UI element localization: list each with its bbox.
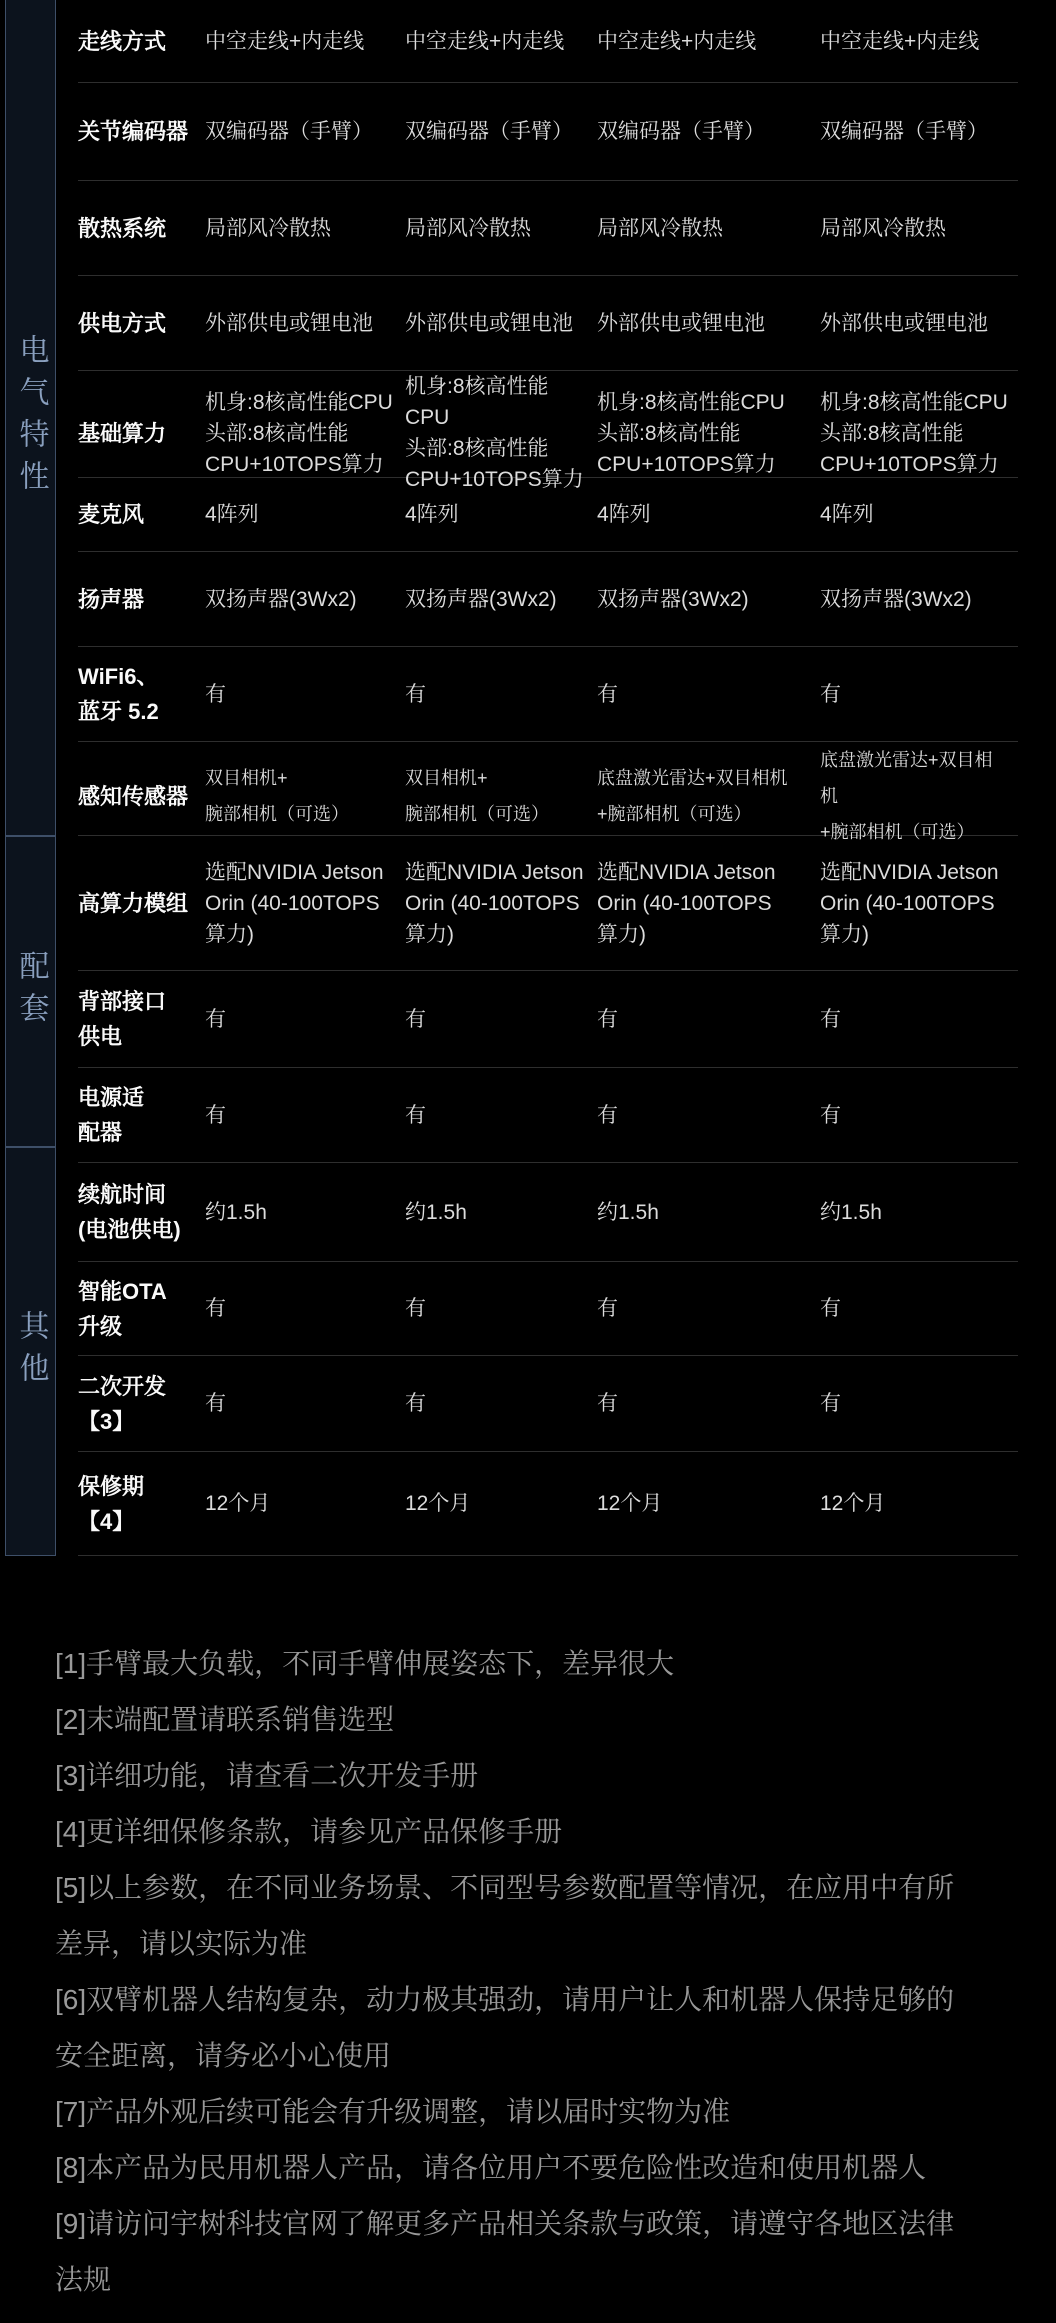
spec-value: 有	[405, 1293, 597, 1324]
spec-value: 12个月	[405, 1488, 597, 1519]
footnote-line: [2]末端配置请联系销售选型	[55, 1690, 1035, 1746]
spec-value: 有	[820, 679, 1018, 710]
spec-value: 4阵列	[597, 499, 820, 530]
spec-value: 有	[405, 1388, 597, 1419]
spec-row-label: 走线方式	[78, 24, 205, 59]
spec-row: 关节编码器双编码器（手臂）双编码器（手臂）双编码器（手臂）双编码器（手臂）	[78, 83, 1018, 181]
spec-row: 扬声器双扬声器(3Wx2)双扬声器(3Wx2)双扬声器(3Wx2)双扬声器(3W…	[78, 552, 1018, 647]
spec-value: 中空走线+内走线	[597, 26, 820, 57]
spec-value: 4阵列	[820, 499, 1018, 530]
spec-row-label: 二次开发 【3】	[78, 1369, 205, 1439]
footnote-line: [4]更详细保修条款，请参见产品保修手册	[55, 1802, 1035, 1858]
spec-value: 双编码器（手臂）	[405, 116, 597, 147]
spec-row: 智能OTA 升级有有有有	[78, 1262, 1018, 1356]
spec-row: 走线方式中空走线+内走线中空走线+内走线中空走线+内走线中空走线+内走线	[78, 0, 1018, 83]
spec-value: 12个月	[205, 1488, 405, 1519]
spec-row-label: 高算力模组	[78, 886, 205, 921]
spec-value: 局部风冷散热	[820, 213, 1018, 244]
spec-value: 有	[597, 679, 820, 710]
spec-value: 双编码器（手臂）	[205, 116, 405, 147]
spec-value: 中空走线+内走线	[205, 26, 405, 57]
spec-value: 选配NVIDIA Jetson Orin (40-100TOPS 算力)	[405, 857, 597, 950]
spec-value: 有	[205, 1100, 405, 1131]
spec-row-label: 散热系统	[78, 211, 205, 246]
spec-value: 有	[820, 1388, 1018, 1419]
spec-row-label: 智能OTA 升级	[78, 1274, 205, 1344]
spec-row-label: 扬声器	[78, 582, 205, 617]
spec-value: 有	[597, 1100, 820, 1131]
spec-value: 双扬声器(3Wx2)	[205, 584, 405, 615]
spec-value: 局部风冷散热	[597, 213, 820, 244]
spec-value: 局部风冷散热	[405, 213, 597, 244]
category-sidebar: 电气特性配套其他	[5, 0, 56, 1556]
spec-value: 双目相机+ 腕部相机（可选）	[205, 760, 405, 832]
sidebar-section-label: 配套	[16, 950, 46, 1034]
spec-value: 约1.5h	[820, 1197, 1018, 1228]
sidebar-section-electrical: 电气特性	[5, 0, 56, 836]
footnotes: [1]手臂最大负载，不同手臂伸展姿态下，差异很大[2]末端配置请联系销售选型[3…	[55, 1634, 1035, 2306]
spec-row: 二次开发 【3】有有有有	[78, 1356, 1018, 1452]
spec-row-label: 保修期 【4】	[78, 1469, 205, 1539]
sidebar-section-label: 其他	[16, 1310, 46, 1394]
spec-value: 双扬声器(3Wx2)	[820, 584, 1018, 615]
spec-value: 12个月	[597, 1488, 820, 1519]
spec-value: 有	[205, 1388, 405, 1419]
footnote-line: 安全距离，请务必小心使用	[55, 2026, 1035, 2082]
spec-row-label: 感知传感器	[78, 779, 205, 814]
footnote-line: 差异，请以实际为准	[55, 1914, 1035, 1970]
spec-value: 有	[820, 1100, 1018, 1131]
spec-value: 有	[405, 679, 597, 710]
spec-value: 中空走线+内走线	[405, 26, 597, 57]
spec-value: 有	[597, 1293, 820, 1324]
spec-row: 电源适 配器有有有有	[78, 1068, 1018, 1163]
spec-row: 续航时间 (电池供电)约1.5h约1.5h约1.5h约1.5h	[78, 1163, 1018, 1262]
spec-value: 双目相机+ 腕部相机（可选）	[405, 760, 597, 832]
spec-value: 有	[205, 1004, 405, 1035]
sidebar-section-other: 其他	[5, 1147, 56, 1556]
spec-value: 约1.5h	[405, 1197, 597, 1228]
sidebar-section-label: 电气特性	[16, 334, 46, 502]
spec-value: 有	[205, 1293, 405, 1324]
spec-row-label: 基础算力	[78, 416, 205, 451]
spec-value: 选配NVIDIA Jetson Orin (40-100TOPS 算力)	[597, 857, 820, 950]
spec-row: 高算力模组选配NVIDIA Jetson Orin (40-100TOPS 算力…	[78, 836, 1018, 971]
spec-value: 底盘激光雷达+双目相机 +腕部相机（可选）	[597, 760, 820, 832]
footnote-line: 法规	[55, 2250, 1035, 2306]
spec-value: 机身:8核高性能CPU 头部:8核高性能 CPU+10TOPS算力	[205, 387, 405, 480]
spec-value: 4阵列	[205, 499, 405, 530]
spec-value: 机身:8核高性能CPU 头部:8核高性能 CPU+10TOPS算力	[597, 387, 820, 480]
spec-value: 外部供电或锂电池	[405, 308, 597, 339]
footnote-line: [7]产品外观后续可能会有升级调整，请以届时实物为准	[55, 2082, 1035, 2138]
spec-value: 有	[405, 1004, 597, 1035]
spec-value: 选配NVIDIA Jetson Orin (40-100TOPS 算力)	[205, 857, 405, 950]
spec-row: 散热系统局部风冷散热局部风冷散热局部风冷散热局部风冷散热	[78, 181, 1018, 276]
spec-row: 保修期 【4】12个月12个月12个月12个月	[78, 1452, 1018, 1556]
spec-value: 局部风冷散热	[205, 213, 405, 244]
spec-value: 双编码器（手臂）	[597, 116, 820, 147]
spec-row: 感知传感器双目相机+ 腕部相机（可选）双目相机+ 腕部相机（可选）底盘激光雷达+…	[78, 742, 1018, 836]
spec-value: 4阵列	[405, 499, 597, 530]
spec-value: 有	[820, 1293, 1018, 1324]
footnote-line: [5]以上参数，在不同业务场景、不同型号参数配置等情况，在应用中有所	[55, 1858, 1035, 1914]
spec-value: 12个月	[820, 1488, 1018, 1519]
footnote-line: [3]详细功能，请查看二次开发手册	[55, 1746, 1035, 1802]
footnote-line: [1]手臂最大负载，不同手臂伸展姿态下，差异很大	[55, 1634, 1035, 1690]
spec-value: 中空走线+内走线	[820, 26, 1018, 57]
spec-value: 有	[597, 1004, 820, 1035]
footnote-line: [8]本产品为民用机器人产品，请各位用户不要危险性改造和使用机器人	[55, 2138, 1035, 2194]
spec-row: WiFi6、 蓝牙 5.2有有有有	[78, 647, 1018, 742]
spec-value: 外部供电或锂电池	[205, 308, 405, 339]
spec-row: 背部接口 供电有有有有	[78, 971, 1018, 1068]
spec-row: 供电方式外部供电或锂电池外部供电或锂电池外部供电或锂电池外部供电或锂电池	[78, 276, 1018, 371]
spec-value: 双编码器（手臂）	[820, 116, 1018, 147]
spec-row-label: 关节编码器	[78, 114, 205, 149]
spec-value: 选配NVIDIA Jetson Orin (40-100TOPS 算力)	[820, 857, 1018, 950]
spec-row-label: 麦克风	[78, 497, 205, 532]
spec-value: 有	[820, 1004, 1018, 1035]
spec-value: 约1.5h	[597, 1197, 820, 1228]
spec-value: 底盘激光雷达+双目相机 +腕部相机（可选）	[820, 742, 1018, 850]
spec-value: 机身:8核高性能CPU 头部:8核高性能 CPU+10TOPS算力	[405, 371, 597, 495]
spec-row: 基础算力机身:8核高性能CPU 头部:8核高性能 CPU+10TOPS算力机身:…	[78, 371, 1018, 478]
spec-value: 有	[405, 1100, 597, 1131]
spec-row-label: 背部接口 供电	[78, 984, 205, 1054]
spec-row-label: WiFi6、 蓝牙 5.2	[78, 659, 205, 729]
spec-value: 外部供电或锂电池	[597, 308, 820, 339]
spec-table: 走线方式中空走线+内走线中空走线+内走线中空走线+内走线中空走线+内走线关节编码…	[78, 0, 1018, 1556]
spec-value: 外部供电或锂电池	[820, 308, 1018, 339]
spec-value: 双扬声器(3Wx2)	[405, 584, 597, 615]
footnote-line: [6]双臂机器人结构复杂，动力极其强劲，请用户让人和机器人保持足够的	[55, 1970, 1035, 2026]
spec-value: 双扬声器(3Wx2)	[597, 584, 820, 615]
spec-row-label: 续航时间 (电池供电)	[78, 1177, 205, 1247]
footnote-line: [9]请访问宇树科技官网了解更多产品相关条款与政策，请遵守各地区法律	[55, 2194, 1035, 2250]
spec-value: 有	[597, 1388, 820, 1419]
spec-value: 约1.5h	[205, 1197, 405, 1228]
spec-value: 机身:8核高性能CPU 头部:8核高性能 CPU+10TOPS算力	[820, 387, 1018, 480]
spec-row-label: 供电方式	[78, 306, 205, 341]
spec-row-label: 电源适 配器	[78, 1080, 205, 1150]
sidebar-section-accessories: 配套	[5, 836, 56, 1147]
spec-value: 有	[205, 679, 405, 710]
